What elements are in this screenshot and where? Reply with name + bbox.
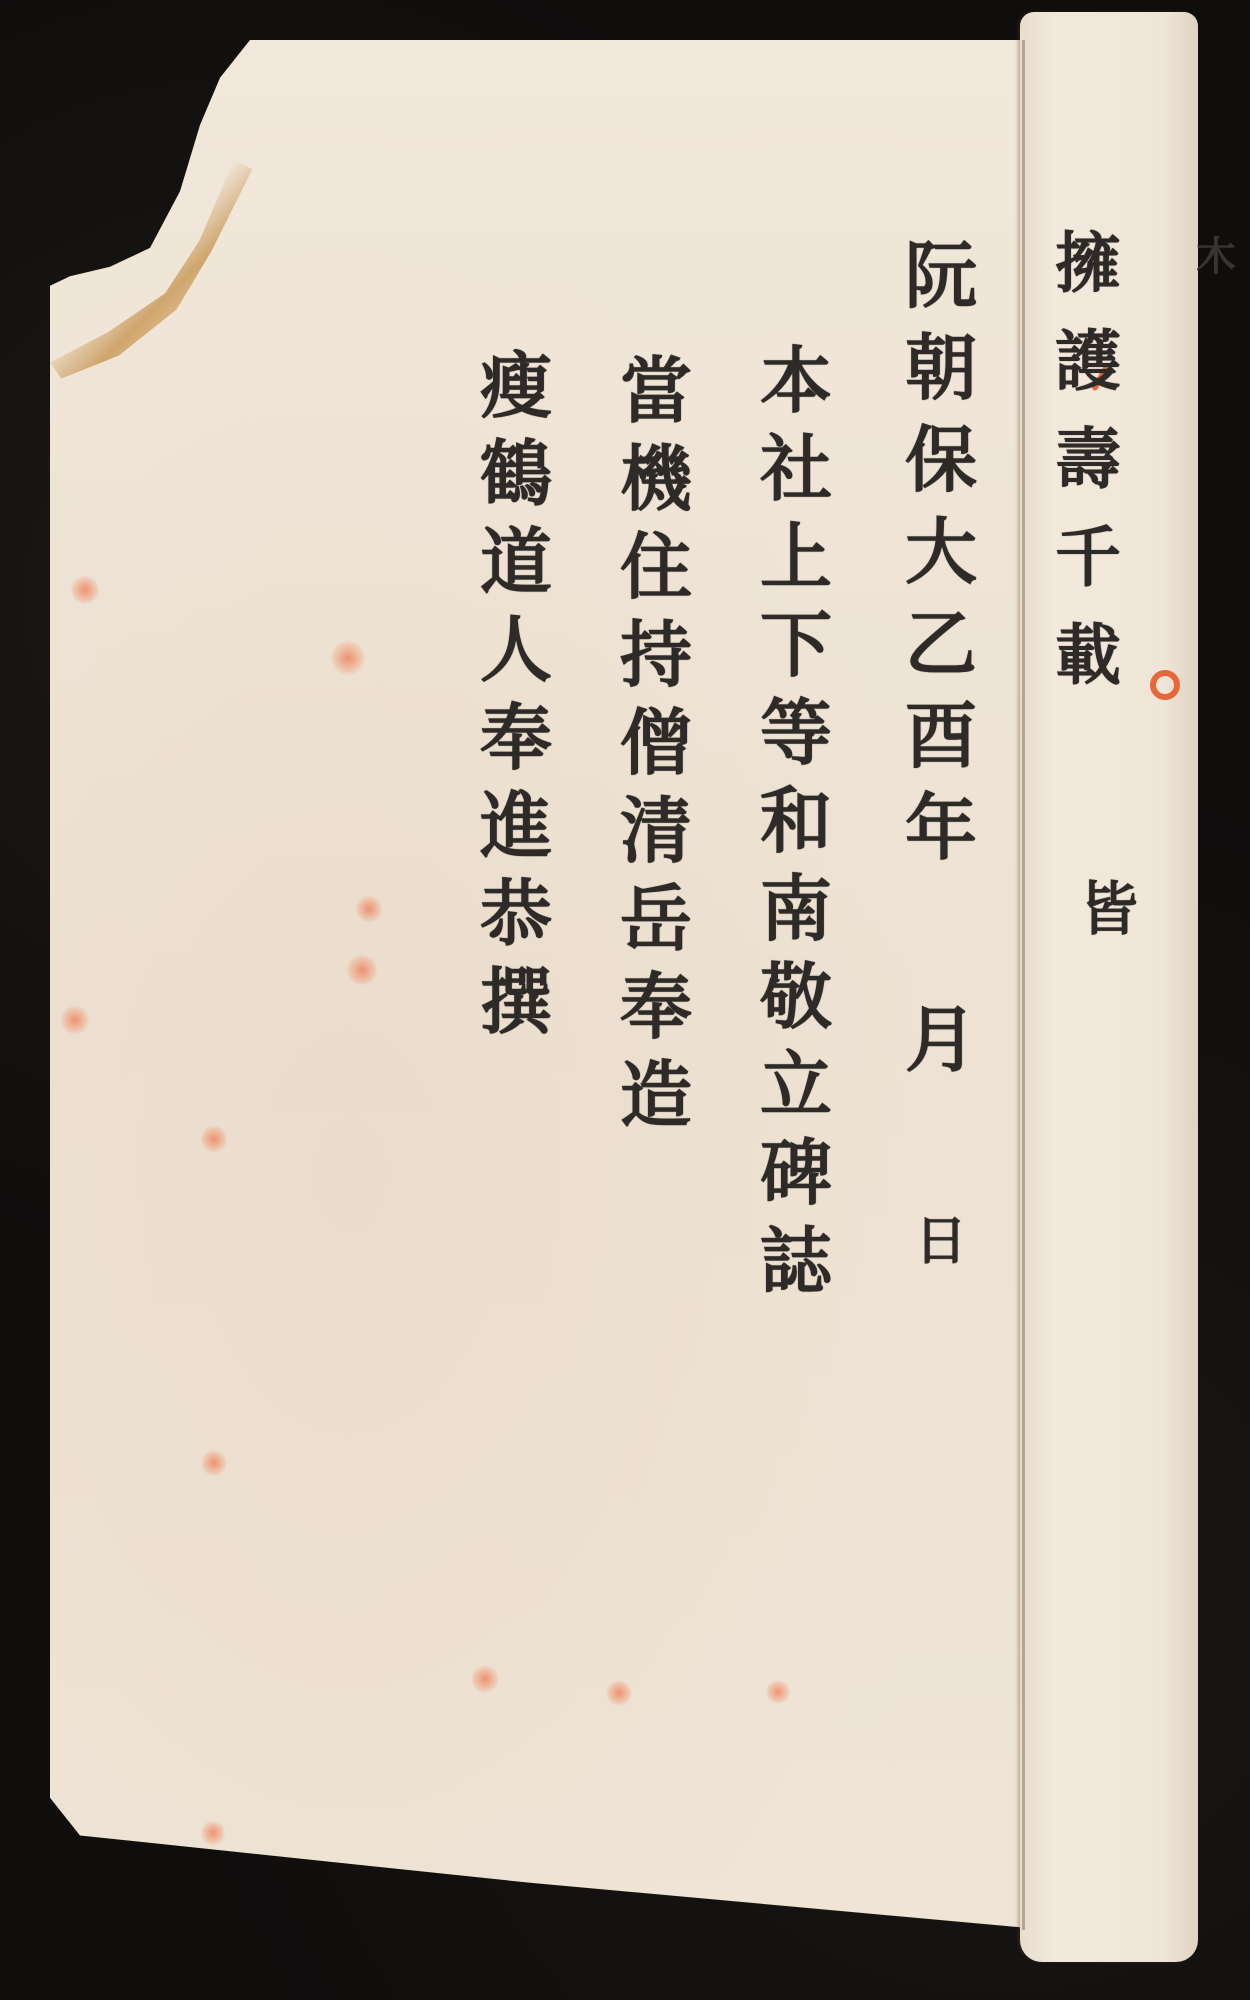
column-char: 進: [480, 790, 552, 862]
text-column-author: 瘦 鶴 道 人 奉 進 恭 撰: [480, 350, 552, 1038]
red-stain: [200, 1450, 228, 1476]
column-char: 誌: [760, 1225, 832, 1297]
column-char: 瘦: [480, 350, 552, 422]
title-extra-char: 皆: [1080, 880, 1138, 938]
column-char-day: 日: [915, 1216, 967, 1268]
red-stain: [200, 1125, 228, 1153]
text-column-village: 本 社 上 下 等 和 南 敬 立 碑 誌: [760, 345, 832, 1297]
partial-character-edge: 木: [1196, 225, 1236, 282]
column-char: 奉: [620, 971, 692, 1043]
column-char: 奉: [480, 702, 552, 774]
column-char: 大: [905, 516, 977, 588]
column-char-month: 月: [905, 1004, 977, 1076]
column-char: 機: [620, 443, 692, 515]
red-stain: [70, 575, 100, 605]
title-char: 載: [1055, 622, 1121, 688]
column-char: 等: [760, 697, 832, 769]
column-char: 持: [620, 619, 692, 691]
title-char: 壽: [1055, 426, 1121, 492]
column-char: 阮: [905, 240, 977, 312]
column-char: 人: [480, 614, 552, 686]
red-stain: [765, 1680, 791, 1704]
red-stain: [60, 1005, 90, 1035]
column-char: 清: [620, 795, 692, 867]
title-char: 千: [1055, 524, 1121, 590]
column-char: 下: [760, 609, 832, 681]
red-stain: [330, 640, 366, 676]
red-stain: [345, 955, 379, 985]
column-char: 和: [760, 785, 832, 857]
column-char: 撰: [480, 966, 552, 1038]
column-char: 道: [480, 526, 552, 598]
column-char: 酉: [905, 700, 977, 772]
column-char: 朝: [905, 332, 977, 404]
column-char: 乙: [905, 608, 977, 680]
column-char: 住: [620, 531, 692, 603]
column-char: 岳: [620, 883, 692, 955]
red-stain: [200, 1820, 226, 1846]
column-char: 恭: [480, 878, 552, 950]
red-circle-punctuation-mark: [1150, 670, 1180, 700]
column-char: 碑: [760, 1137, 832, 1209]
column-char: 上: [760, 521, 832, 593]
column-char: 敬: [760, 961, 832, 1033]
red-stain: [355, 895, 383, 923]
column-char: 造: [620, 1059, 692, 1131]
title-char: 擁: [1055, 230, 1121, 296]
column-char: 當: [620, 355, 692, 427]
text-column-date: 阮 朝 保 大 乙 酉 年 月 日: [905, 240, 977, 1268]
red-stain: [470, 1665, 500, 1693]
column-char: 本: [760, 345, 832, 417]
title-char: 護: [1055, 328, 1121, 394]
column-char: 鶴: [480, 438, 552, 510]
column-char: 南: [760, 873, 832, 945]
title-column-extra: 皆: [1080, 880, 1138, 938]
text-column-abbot: 當 機 住 持 僧 清 岳 奉 造: [620, 355, 692, 1131]
title-column: 擁 護 壽 千 載: [1055, 230, 1121, 688]
column-char: 僧: [620, 707, 692, 779]
column-char: 保: [905, 424, 977, 496]
column-char: 立: [760, 1049, 832, 1121]
column-char: 社: [760, 433, 832, 505]
column-char: 年: [905, 792, 977, 864]
red-stain: [605, 1680, 633, 1706]
fold-line: [1022, 40, 1025, 1930]
